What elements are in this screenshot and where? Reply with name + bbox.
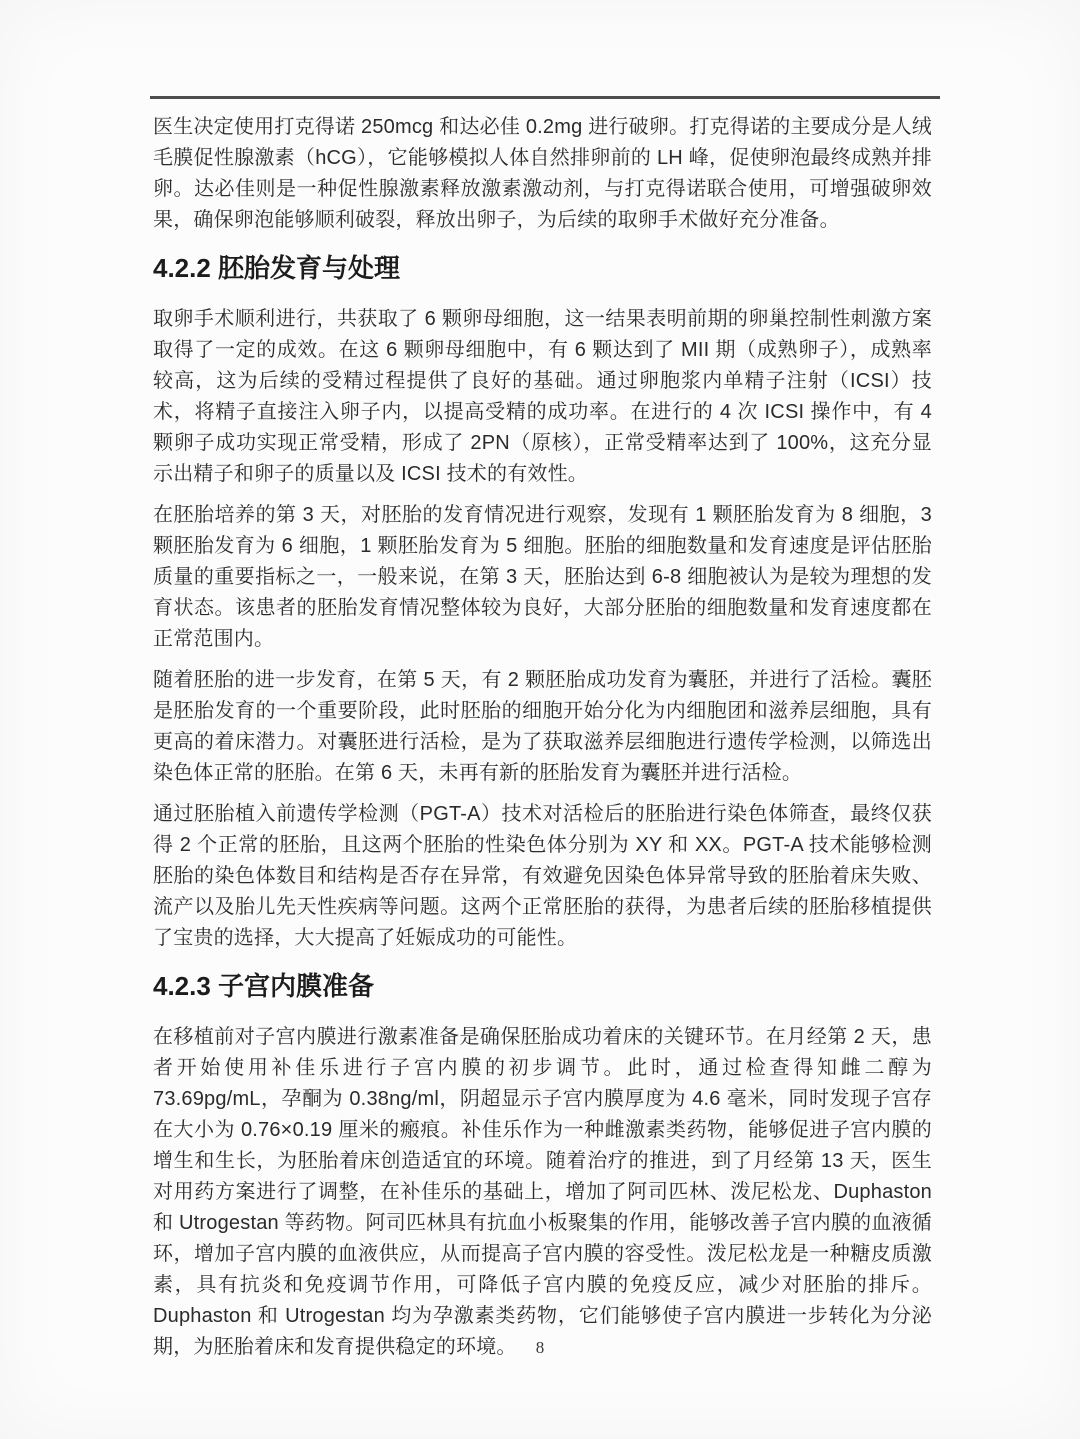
section-4-2-2-paragraph-1: 取卵手术顺利进行，共获取了 6 颗卵母细胞，这一结果表明前期的卵巢控制性刺激方案… [153,304,932,490]
section-4-2-3-paragraph-1: 在移植前对子宫内膜进行激素准备是确保胚胎成功着床的关键环节。在月经第 2 天，患… [153,1022,932,1363]
header-rule [150,96,940,99]
page-number: 8 [0,1338,1080,1358]
document-page: 医生决定使用打克得诺 250mcg 和达必佳 0.2mg 进行破卵。打克得诺的主… [0,0,1080,1439]
section-heading-4-2-2: 4.2.2 胚胎发育与处理 [153,252,932,284]
section-4-2-2-paragraph-4: 通过胚胎植入前遗传学检测（PGT-A）技术对活检后的胚胎进行染色体筛查，最终仅获… [153,799,932,954]
section-4-2-2-paragraph-3: 随着胚胎的进一步发育，在第 5 天，有 2 颗胚胎成功发育为囊胚，并进行了活检。… [153,665,932,789]
section-4-2-2-paragraph-2: 在胚胎培养的第 3 天，对胚胎的发育情况进行观察，发现有 1 颗胚胎发育为 8 … [153,500,932,655]
section-heading-4-2-3: 4.2.3 子宫内膜准备 [153,970,932,1002]
document-body: 医生决定使用打克得诺 250mcg 和达必佳 0.2mg 进行破卵。打克得诺的主… [153,112,932,1373]
intro-paragraph: 医生决定使用打克得诺 250mcg 和达必佳 0.2mg 进行破卵。打克得诺的主… [153,112,932,236]
